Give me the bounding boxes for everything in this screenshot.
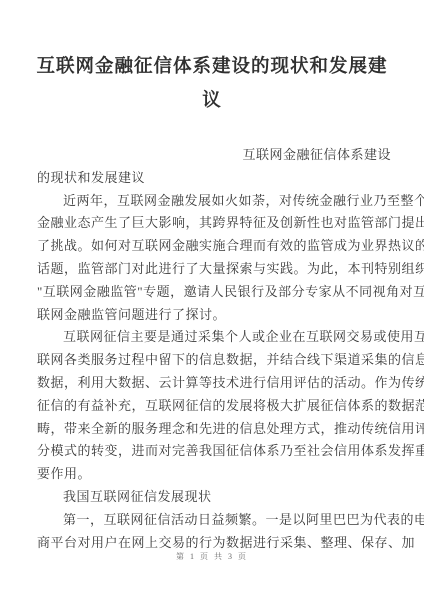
text-line: 互联网金融征信体系建设 [37, 144, 391, 167]
document-title-line-1: 互联网金融征信体系建设的现状和发展建 [20, 50, 404, 84]
text-line: 要作用。 [37, 463, 391, 486]
document-title: 互联网金融征信体系建设的现状和发展建 议 [20, 50, 404, 118]
text-line: 金融业态产生了巨大影响，其跨界特征及创新性也对监管部门提出 [37, 212, 391, 235]
document-body: 互联网金融征信体系建设 的现状和发展建议 近两年，互联网金融发展如火如荼，对传统… [37, 144, 391, 554]
text-line: 联网各类服务过程中留下的信息数据，并结合线下渠道采集的信息 [37, 349, 391, 372]
text-line: "互联网金融监管"专题，邀请人民银行及部分专家从不同视角对互 [37, 281, 391, 304]
text-line: 互联网征信主要是通过采集个人或企业在互联网交易或使用互 [37, 326, 391, 349]
text-line: 联网金融监管问题进行了探讨。 [37, 304, 391, 327]
document-page: 互联网金融征信体系建设的现状和发展建 议 互联网金融征信体系建设 的现状和发展建… [0, 0, 424, 600]
text-line: 近两年，互联网金融发展如火如荼，对传统金融行业乃至整个 [37, 190, 391, 213]
text-line: 分模式的转变，进而对完善我国征信体系乃至社会信用体系发挥重 [37, 440, 391, 463]
document-title-line-2: 议 [20, 84, 404, 118]
section-heading: 我国互联网征信发展现状 [37, 486, 391, 509]
text-line: 的现状和发展建议 [37, 167, 391, 190]
text-line: 畴，带来全新的服务理念和先进的信息处理方式，推动传统信用评 [37, 418, 391, 441]
page-number: 第 1 页 共 3 页 [0, 551, 424, 562]
text-line: 第一，互联网征信活动日益频繁。一是以阿里巴巴为代表的电 [37, 509, 391, 532]
text-line: 话题，监管部门对此进行了大量探索与实践。为此，本刊特别组织 [37, 258, 391, 281]
text-line: 征信的有益补充，互联网征信的发展将极大扩展征信体系的数据范 [37, 395, 391, 418]
text-line: 数据，利用大数据、云计算等技术进行信用评估的活动。作为传统 [37, 372, 391, 395]
text-line: 了挑战。如何对互联网金融实施合理而有效的监管成为业界热议的 [37, 235, 391, 258]
